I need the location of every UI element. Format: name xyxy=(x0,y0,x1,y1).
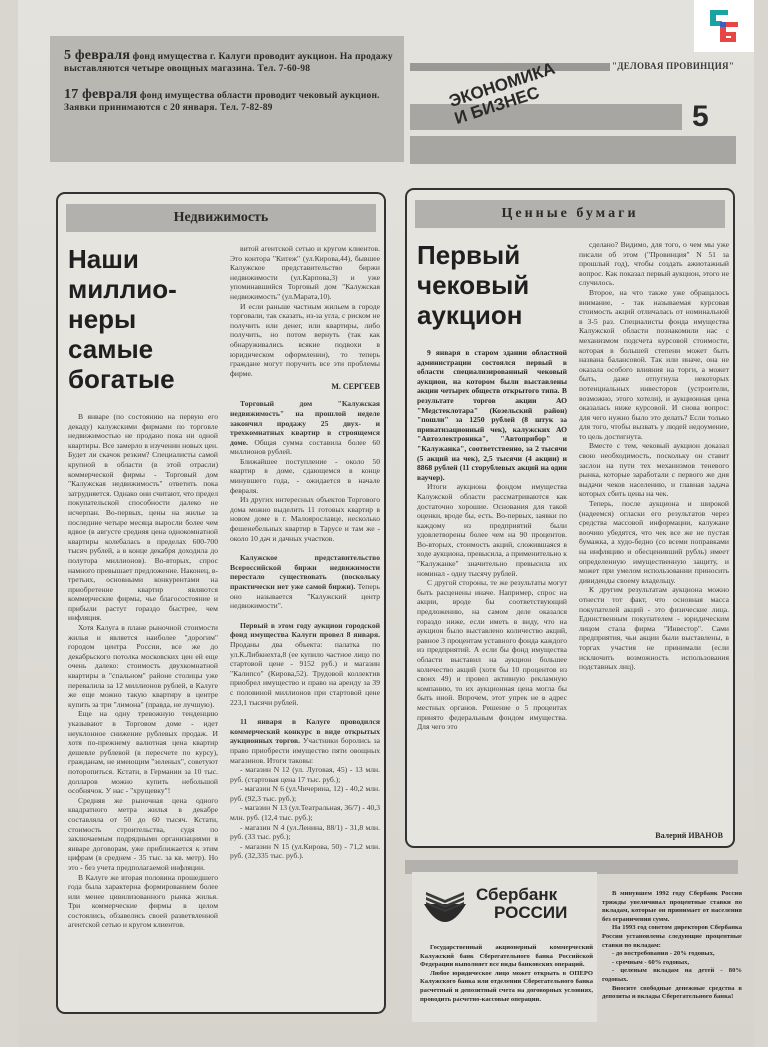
paragraph: сделано? Видимо, для того, о чем мы уже … xyxy=(579,240,729,288)
bb-logo-icon xyxy=(708,8,740,44)
paragraph: Второе, на что также уже обращалось вним… xyxy=(579,288,729,442)
lead-paragraph: 9 января в старом здании областной админ… xyxy=(417,348,567,482)
announcements-box: 5 февраля фонд имущества г. Калуги прово… xyxy=(50,36,404,162)
shop-result: - магазин N 4 (ул.Ленина, 88/1) - 31,8 м… xyxy=(230,823,380,842)
real-estate-article: Недвижимость Наши миллио- неры самые бог… xyxy=(56,192,386,1014)
section-band-bottom xyxy=(410,136,736,164)
news-item: Торговый дом "Калужская недвижимость" на… xyxy=(230,399,380,457)
shop-result: - магазин N 15 (ул.Кирова, 50) - 71,2 мл… xyxy=(230,842,380,861)
article-column-1: Первый чековый аукцион 9 января в старом… xyxy=(417,240,567,824)
paragraph: Еще на одну тревожную тенденцию указываю… xyxy=(68,709,218,795)
news-item: 11 января в Калуге проводился коммерческ… xyxy=(230,717,380,765)
author-signature: Валерий ИВАНОВ xyxy=(655,831,723,840)
author-signature: М. СЕРГЕЕВ xyxy=(230,382,380,391)
announcement-1: 5 февраля фонд имущества г. Калуги прово… xyxy=(64,50,394,75)
shop-result: - магазин N 12 (ул. Луговая, 45) - 13 мл… xyxy=(230,765,380,784)
paragraph: И если раньше частным жильем в городе то… xyxy=(230,302,380,379)
article-column-2: сделано? Видимо, для того, о чем мы уже … xyxy=(579,240,729,824)
article-headline: Первый чековый аукцион xyxy=(417,240,567,330)
news-item: Первый в этом году аукцион городской фон… xyxy=(230,621,380,707)
paragraph: Хотя Калуга в плане рыночной стоимости ж… xyxy=(68,623,218,709)
shop-result: - магазин N 13 (ул.Театральная, 36/7) - … xyxy=(230,803,380,822)
page-number: 5 xyxy=(692,100,709,134)
shop-result: - магазин N 6 (ул.Чичерина, 12) - 40,2 м… xyxy=(230,784,380,803)
article-column-2: витой агентской сетью и кругом клиентов.… xyxy=(230,244,380,1002)
paragraph: Вместе с тем, чековый аукцион доказал св… xyxy=(579,441,729,499)
sberbank-ad: Сбербанк РОССИИ Государственный акционер… xyxy=(412,872,597,1022)
news-item: Ближайшее поступление - около 50 квартир… xyxy=(230,457,380,495)
corner-logo xyxy=(694,0,754,52)
article-headline: Наши миллио- неры самые богатые xyxy=(68,244,218,394)
paragraph: витой агентской сетью и кругом клиентов.… xyxy=(230,244,380,302)
sberbank-logo-icon xyxy=(422,888,468,932)
sberbank-brand: Сбербанк РОССИИ xyxy=(476,886,567,922)
paragraph: К другим результатам аукциона можно отне… xyxy=(579,585,729,671)
announcement-2: 17 февраля фонд имущества области провод… xyxy=(64,89,394,114)
paragraph: Средняя же рыночная цена одного квадратн… xyxy=(68,796,218,873)
securities-article: Ценные бумаги Первый чековый аукцион 9 я… xyxy=(405,188,735,848)
newspaper-page: 5 февраля фонд имущества г. Калуги прово… xyxy=(18,0,754,1047)
news-item: Из других интересных объектов Торгового … xyxy=(230,495,380,543)
ad-text-right: В минувшем 1992 году Сбербанк России три… xyxy=(602,890,742,1002)
paragraph: Теперь, после аукциона и широкой (надеем… xyxy=(579,499,729,585)
rubric-securities: Ценные бумаги xyxy=(415,200,725,228)
paragraph: В Калуге же вторая половина прошедшего г… xyxy=(68,873,218,931)
paragraph: С другой стороны, те же результаты могут… xyxy=(417,578,567,732)
newspaper-name: "ДЕЛОВАЯ ПРОВИНЦИЯ" xyxy=(612,61,734,71)
paragraph: В январе (по состоянию на первую его дек… xyxy=(68,412,218,623)
ad-text-left: Государственный акционерный коммерческий… xyxy=(420,944,593,1004)
rubric-real-estate: Недвижимость xyxy=(66,204,376,232)
news-item: Калужское представительство Всероссийско… xyxy=(230,553,380,611)
masthead-divider xyxy=(410,63,610,71)
paragraph: Итоги аукциона фондом имущества Калужско… xyxy=(417,482,567,578)
article-column-1: Наши миллио- неры самые богатые В январе… xyxy=(68,244,218,1002)
